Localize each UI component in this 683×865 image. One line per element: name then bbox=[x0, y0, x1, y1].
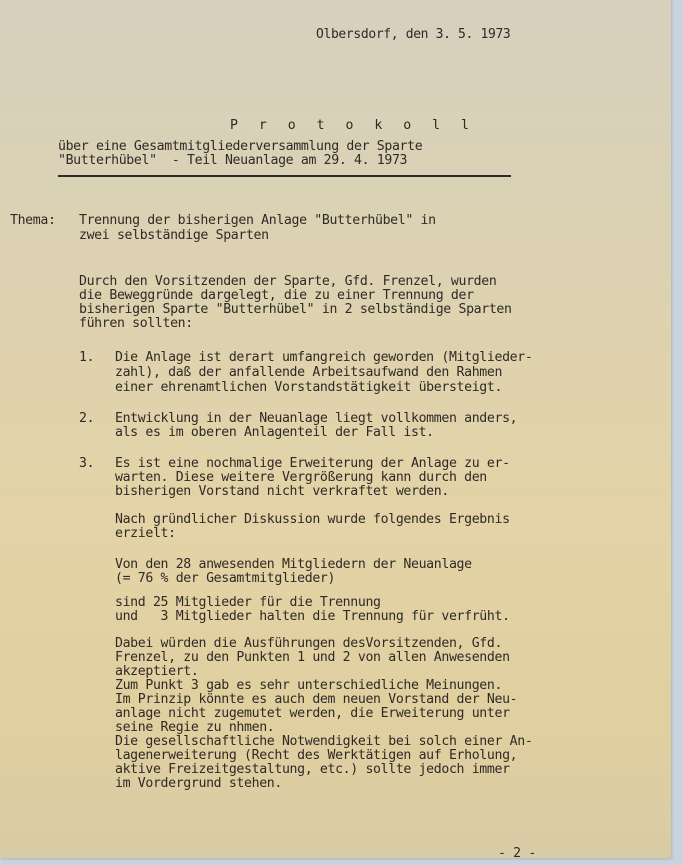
intro-line: die Beweggründe dargelegt, die zu einer … bbox=[79, 289, 474, 303]
conclusion-line: Die gesellschaftliche Notwendigkeit bei … bbox=[115, 735, 532, 749]
thema-line: zwei selbständige Sparten bbox=[79, 229, 269, 243]
conclusion-line: seine Regie zu nhmen. bbox=[115, 721, 274, 735]
conclusion-line: anlage nicht zugemutet werden, die Erwei… bbox=[115, 707, 510, 721]
point-number: 2. bbox=[79, 412, 94, 426]
intro-line: führen sollten: bbox=[79, 317, 193, 331]
point-line: warten. Diese weitere Vergrößerung kann … bbox=[115, 471, 487, 485]
conclusion-line: aktive Freizeitgestaltung, etc.) sollte … bbox=[115, 763, 510, 777]
conclusion-line: im Vordergrund stehen. bbox=[115, 777, 282, 791]
point-line: zahl), daß der anfallende Arbeitsaufwand… bbox=[115, 366, 502, 380]
intro-line: bisherigen Sparte "Butterhübel" in 2 sel… bbox=[79, 303, 512, 317]
point-number: 3. bbox=[79, 457, 94, 471]
discussion-line: erzielt: bbox=[115, 527, 176, 541]
thema-label: Thema: bbox=[10, 214, 56, 228]
vote-line: sind 25 Mitglieder für die Trennung bbox=[115, 596, 381, 610]
conclusion-line: Frenzel, zu den Punkten 1 und 2 von alle… bbox=[115, 651, 510, 665]
conclusion-line: Zum Punkt 3 gab es sehr unterschiedliche… bbox=[115, 679, 502, 693]
conclusion-line: Im Prinzip könnte es auch dem neuen Vors… bbox=[115, 693, 517, 707]
thema-line: Trennung der bisherigen Anlage "Butterhü… bbox=[79, 214, 436, 228]
document-title: P r o t o k o l l bbox=[230, 119, 475, 133]
point-line: Die Anlage ist derart umfangreich geword… bbox=[115, 351, 532, 365]
point-number: 1. bbox=[79, 351, 94, 365]
vote-line: und 3 Mitglieder halten die Trennung für… bbox=[115, 610, 510, 624]
point-line: bisherigen Vorstand nicht verkraftet wer… bbox=[115, 485, 449, 499]
intro-line: Durch den Vorsitzenden der Sparte, Gfd. … bbox=[79, 275, 496, 289]
place-date: Olbersdorf, den 3. 5. 1973 bbox=[316, 28, 510, 42]
conclusion-line: akzeptiert. bbox=[115, 665, 199, 679]
conclusion-line: Dabei würden die Ausführungen desVorsitz… bbox=[115, 637, 502, 651]
point-line: als es im oberen Anlagenteil der Fall is… bbox=[115, 426, 434, 440]
attendance-line: (= 76 % der Gesamtmitglieder) bbox=[115, 572, 335, 586]
title-underline bbox=[58, 175, 511, 177]
point-line: einer ehrenamtlichen Vorstandstätigkeit … bbox=[115, 381, 502, 395]
page-number: - 2 - bbox=[498, 847, 536, 861]
subtitle-line: "Butterhübel" - Teil Neuanlage am 29. 4.… bbox=[58, 154, 407, 168]
attendance-line: Von den 28 anwesenden Mitgliedern der Ne… bbox=[115, 558, 472, 572]
typewritten-page: Olbersdorf, den 3. 5. 1973 P r o t o k o… bbox=[0, 0, 671, 858]
subtitle-line: über eine Gesamtmitgliederversammlung de… bbox=[58, 140, 422, 154]
point-line: Entwicklung in der Neuanlage liegt vollk… bbox=[115, 412, 517, 426]
discussion-line: Nach gründlicher Diskussion wurde folgen… bbox=[115, 513, 510, 527]
point-line: Es ist eine nochmalige Erweiterung der A… bbox=[115, 457, 510, 471]
conclusion-line: lagenerweiterung (Recht des Werktätigen … bbox=[115, 749, 517, 763]
